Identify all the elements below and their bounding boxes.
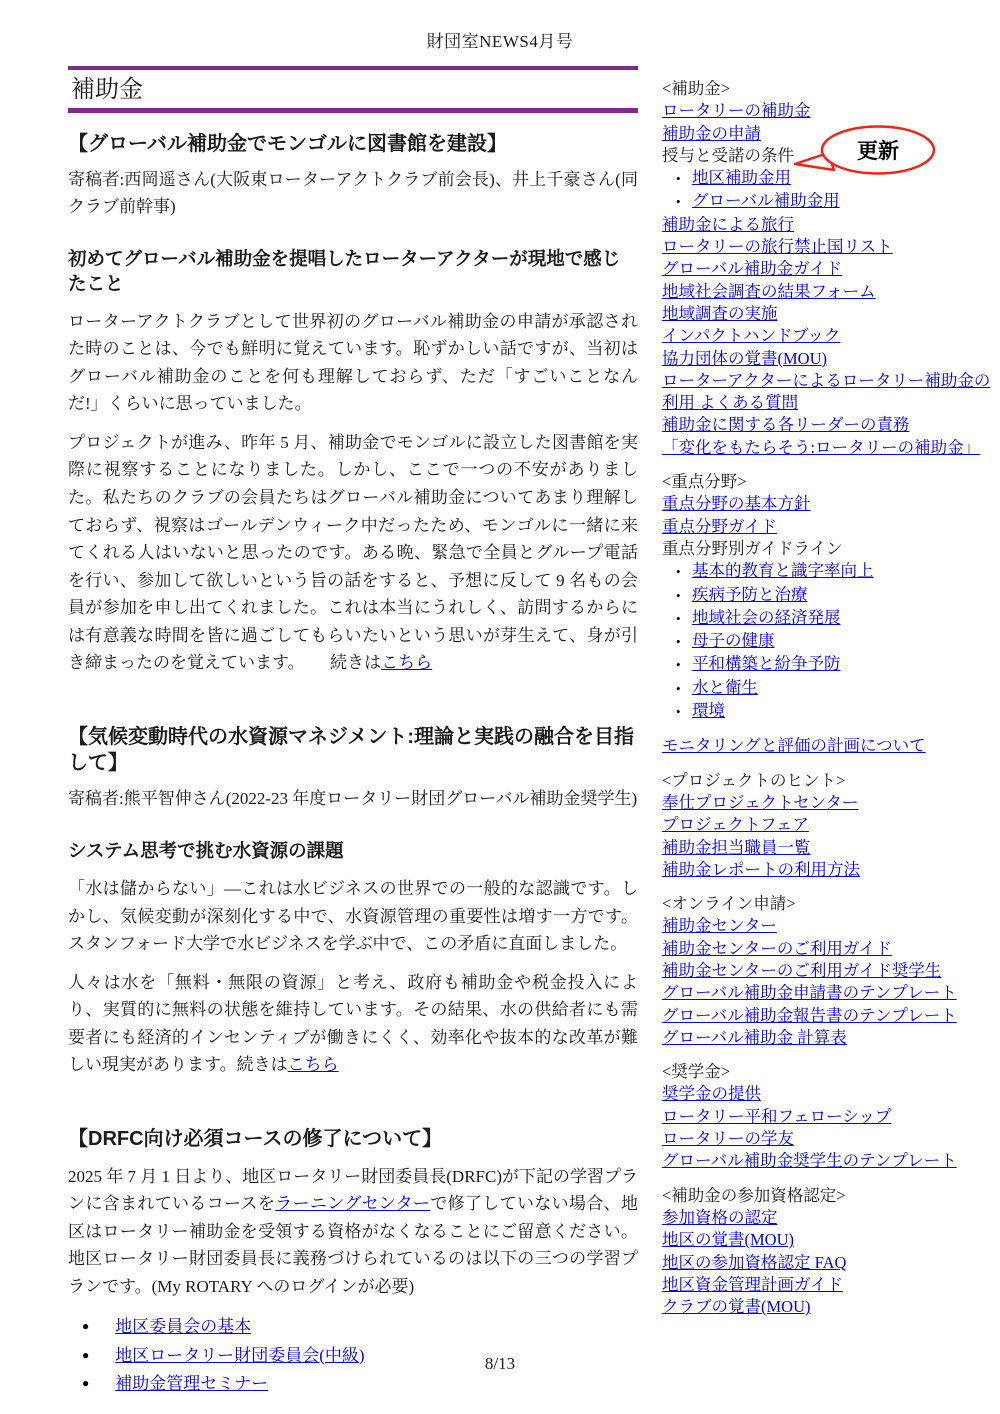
sidebar-link[interactable]: ロータリー平和フェローシップ xyxy=(662,1107,892,1126)
article-subheading: 初めてグローバル補助金を提唱したローターアクターが現地で感じたこと xyxy=(68,247,638,297)
sidebar-row: 補助金による旅行 xyxy=(662,214,994,236)
sidebar-row: <補助金の参加資格認定> xyxy=(662,1185,994,1207)
sidebar-link[interactable]: 地区補助金用 xyxy=(692,168,791,187)
continue-reading-link[interactable]: こちら xyxy=(381,653,432,672)
sidebar-link[interactable]: グローバル補助金報告書のテンプレート xyxy=(662,1006,957,1025)
newsletter-page: 財団室NEWS4月号 補助金 【グローバル補助金でモンゴルに図書館を建設】 寄稿… xyxy=(0,0,1000,1414)
sidebar-link[interactable]: 奨学金の提供 xyxy=(662,1084,761,1103)
sidebar-row: ロータリーの補助金 xyxy=(662,100,994,122)
article-paragraph: 人々は水を「無料・無限の資源」と考え、政府も補助金や税金投入により、実質的に無料… xyxy=(68,969,638,1079)
sidebar-row: •グローバル補助金用 xyxy=(662,190,994,213)
sidebar-row: 「変化をもたらそう:ロータリーの補助金」 xyxy=(662,437,994,459)
sidebar-row: 地域調査の実施 xyxy=(662,303,994,325)
sidebar-section-header: <プロジェクトのヒント> xyxy=(662,771,845,790)
sidebar-link[interactable]: ローターアクターによるロータリー補助金の利用 よくある質問 xyxy=(662,371,990,412)
sidebar-link[interactable]: 補助金センターのご利用ガイド xyxy=(662,939,892,958)
article-water-resources: 【気候変動時代の水資源マネジメント:理論と実践の融合を目指して】 寄稿者:熊平智… xyxy=(68,724,638,1079)
sidebar-link[interactable]: 地区の参加資格認定 FAQ xyxy=(662,1253,846,1272)
sidebar-link[interactable]: 補助金による旅行 xyxy=(662,215,794,234)
sidebar-row: 重点分野別ガイドライン xyxy=(662,538,994,560)
sidebar-text: 授与と受諾の条件 xyxy=(662,146,794,165)
sidebar-link[interactable]: 補助金担当職員一覧 xyxy=(662,838,811,857)
bullet-icon: ● xyxy=(82,1374,89,1393)
sidebar-row: 参加資格の認定 xyxy=(662,1207,994,1229)
sidebar-link[interactable]: クラブの覚書(MOU) xyxy=(662,1297,811,1316)
sidebar-link[interactable]: 疾病予防と治療 xyxy=(692,585,808,604)
sidebar-link[interactable]: 補助金に関する各リーダーの責務 xyxy=(662,415,910,434)
bullet-icon: • xyxy=(676,168,686,190)
sidebar-link[interactable]: 補助金レポートの利用方法 xyxy=(662,860,860,879)
sidebar-row: <重点分野> xyxy=(662,471,994,493)
sidebar-link[interactable]: 母子の健康 xyxy=(692,631,775,650)
sidebar-row: モニタリングと評価の計画について xyxy=(662,735,994,757)
sidebar-row: 重点分野ガイド xyxy=(662,516,994,538)
sidebar-link[interactable]: グローバル補助金 計算表 xyxy=(662,1028,847,1047)
sidebar-link[interactable]: グローバル補助金申請書のテンプレート xyxy=(662,983,957,1002)
sidebar-row: 重点分野の基本方針 xyxy=(662,493,994,515)
sidebar-link[interactable]: 重点分野の基本方針 xyxy=(662,494,811,513)
sidebar-text: 重点分野別ガイドライン xyxy=(662,539,843,558)
sidebar-row: 補助金の申請 xyxy=(662,123,994,145)
sidebar-row: グローバル補助金報告書のテンプレート xyxy=(662,1005,994,1027)
sidebar-row: •地区補助金用 xyxy=(662,167,994,190)
sidebar-link[interactable]: ロータリーの学友 xyxy=(662,1129,794,1148)
sidebar-link[interactable]: 地区の覚書(MOU) xyxy=(662,1230,794,1249)
sidebar-link[interactable]: 重点分野ガイド xyxy=(662,517,777,536)
sidebar-row: •水と衛生 xyxy=(662,677,994,700)
sidebar-link[interactable]: 水と衛生 xyxy=(692,678,758,697)
article-paragraph: 2025 年 7 月 1 日より、地区ロータリー財団委員長(DRFC)が下記の学… xyxy=(68,1163,638,1301)
sidebar-row: ローターアクターによるロータリー補助金の利用 よくある質問 xyxy=(662,370,994,415)
course-list-item: ● 補助金管理セミナー xyxy=(68,1371,638,1397)
section-title-rule xyxy=(68,108,638,113)
sidebar-row: グローバル補助金申請書のテンプレート xyxy=(662,982,994,1004)
sidebar-link[interactable]: 「変化をもたらそう:ロータリーの補助金」 xyxy=(662,438,980,457)
main-column: 補助金 【グローバル補助金でモンゴルに図書館を建設】 寄稿者:西岡遥さん(大阪東… xyxy=(68,66,638,1397)
course-link[interactable]: 地区委員会の基本 xyxy=(115,1314,251,1340)
bullet-icon: • xyxy=(676,585,686,607)
sidebar-link[interactable]: グローバル補助金用 xyxy=(692,191,840,210)
sidebar-link[interactable]: 基本的教育と識字率向上 xyxy=(692,561,874,580)
article-subheading: システム思考で挑む水資源の課題 xyxy=(68,839,638,864)
bullet-icon: • xyxy=(676,191,686,213)
continue-prefix: 続きは xyxy=(237,1055,288,1074)
article-global-grant-mongolia: 【グローバル補助金でモンゴルに図書館を建設】 寄稿者:西岡遥さん(大阪東ローター… xyxy=(68,131,638,677)
sidebar-row: •環境 xyxy=(662,700,994,723)
sidebar-link[interactable]: 補助金センター xyxy=(662,916,777,935)
sidebar-row: 地区資金管理計画ガイド xyxy=(662,1274,994,1296)
bullet-icon: • xyxy=(676,701,686,723)
sidebar-row: 補助金担当職員一覧 xyxy=(662,837,994,859)
sidebar-row: •基本的教育と識字率向上 xyxy=(662,560,994,583)
sidebar-link[interactable]: ロータリーの旅行禁止国リスト xyxy=(662,237,893,256)
sidebar-row: 地域社会調査の結果フォーム xyxy=(662,281,994,303)
sidebar-row: •平和構築と紛争予防 xyxy=(662,653,994,676)
sidebar-row: 地区の覚書(MOU) xyxy=(662,1229,994,1251)
section-title: 補助金 xyxy=(68,66,638,108)
sidebar-row: クラブの覚書(MOU) xyxy=(662,1296,994,1318)
sidebar-link[interactable]: 環境 xyxy=(692,701,725,720)
sidebar-row: 補助金に関する各リーダーの責務 xyxy=(662,414,994,436)
article-byline: 寄稿者:西岡遥さん(大阪東ローターアクトクラブ前会長)、井上千豪さん(同クラブ前… xyxy=(68,167,638,220)
sidebar-link[interactable]: グローバル補助金ガイド xyxy=(662,259,842,278)
learning-center-link[interactable]: ラーニングセンター xyxy=(275,1194,430,1213)
sidebar-link[interactable]: 補助金センターのご利用ガイド奨学生 xyxy=(662,961,941,980)
sidebar-section-header: <重点分野> xyxy=(662,472,747,491)
sidebar-link[interactable]: 地域社会調査の結果フォーム xyxy=(662,282,876,301)
page-number: 8/13 xyxy=(0,1354,1000,1374)
sidebar-link[interactable]: 平和構築と紛争予防 xyxy=(692,654,841,673)
article-title: 【DRFC向け必須コースの修了について】 xyxy=(68,1126,638,1152)
bullet-icon: • xyxy=(676,678,686,700)
article-byline: 寄稿者:熊平智伸さん(2022-23 年度ロータリー財団グローバル補助金奨学生) xyxy=(68,786,638,812)
article-title: 【気候変動時代の水資源マネジメント:理論と実践の融合を目指して】 xyxy=(68,724,638,776)
sidebar-link[interactable]: 地域調査の実施 xyxy=(662,304,778,323)
course-list-item: ● 地区委員会の基本 xyxy=(68,1314,638,1340)
sidebar-link[interactable]: モニタリングと評価の計画について xyxy=(662,736,926,755)
bullet-icon: • xyxy=(676,561,686,583)
sidebar-section-header: <オンライン申請> xyxy=(662,894,796,913)
sidebar-row: インパクトハンドブック xyxy=(662,325,994,347)
sidebar-link[interactable]: 参加資格の認定 xyxy=(662,1208,778,1227)
course-link[interactable]: 補助金管理セミナー xyxy=(115,1371,268,1397)
sidebar-section-header: <補助金> xyxy=(662,79,730,98)
sidebar-link[interactable]: 補助金の申請 xyxy=(662,124,761,143)
bullet-icon: • xyxy=(676,654,686,676)
bullet-icon: • xyxy=(676,608,686,630)
paragraph-text: 人々は水を「無料・無限の資源」と考え、政府も補助金や税金投入により、実質的に無料… xyxy=(68,973,638,1075)
sidebar-row: ロータリーの学友 xyxy=(662,1128,994,1150)
sidebar-row: ロータリー平和フェローシップ xyxy=(662,1106,994,1128)
bullet-icon: • xyxy=(676,631,686,653)
sidebar-row: 補助金センター xyxy=(662,915,994,937)
sidebar-link[interactable]: プロジェクトフェア xyxy=(662,815,809,834)
sidebar-link[interactable]: ロータリーの補助金 xyxy=(662,101,811,120)
article-title: 【グローバル補助金でモンゴルに図書館を建設】 xyxy=(68,131,638,157)
sidebar-row: 授与と受諾の条件 xyxy=(662,145,994,167)
continue-prefix: 続きは xyxy=(330,653,381,672)
sidebar-row: •疾病予防と治療 xyxy=(662,584,994,607)
document-header-title: 財団室NEWS4月号 xyxy=(0,27,1000,52)
sidebar-link[interactable]: インパクトハンドブック xyxy=(662,326,840,345)
sidebar-row: 地区の参加資格認定 FAQ xyxy=(662,1252,994,1274)
article-paragraph: プロジェクトが進み、昨年 5 月、補助金でモンゴルに設立した図書館を実際に視察す… xyxy=(68,429,638,677)
sidebar-row: •地域社会の経済発展 xyxy=(662,607,994,630)
article-paragraph: 「水は儲からない」―これは水ビジネスの世界での一般的な認識です。しかし、気候変動… xyxy=(68,875,638,958)
sidebar-row: グローバル補助金ガイド xyxy=(662,258,994,280)
bullet-icon: ● xyxy=(82,1317,89,1336)
paragraph-text: プロジェクトが進み、昨年 5 月、補助金でモンゴルに設立した図書館を実際に視察す… xyxy=(68,433,638,672)
sidebar-link[interactable]: 奉仕プロジェクトセンター xyxy=(662,793,859,812)
sidebar-link[interactable]: 地域社会の経済発展 xyxy=(692,608,841,627)
sidebar-row: <オンライン申請> xyxy=(662,893,994,915)
sidebar-row: <補助金> xyxy=(662,78,994,100)
article-paragraph: ローターアクトクラブとして世界初のグローバル補助金の申請が承認された時のことは、… xyxy=(68,308,638,418)
sidebar-row: グローバル補助金 計算表 xyxy=(662,1027,994,1049)
sidebar-section-header: <補助金の参加資格認定> xyxy=(662,1186,846,1205)
sidebar-links: <補助金>ロータリーの補助金補助金の申請授与と受諾の条件•地区補助金用•グローバ… xyxy=(662,78,994,1318)
sidebar-section-header: <奨学金> xyxy=(662,1062,730,1081)
sidebar-row: プロジェクトフェア xyxy=(662,814,994,836)
sidebar-row: <プロジェクトのヒント> xyxy=(662,770,994,792)
sidebar-row: •母子の健康 xyxy=(662,630,994,653)
sidebar-row: <奨学金> xyxy=(662,1061,994,1083)
sidebar-link[interactable]: 協力団体の覚書(MOU) xyxy=(662,349,827,368)
sidebar-link[interactable]: グローバル補助金奨学生のテンプレート xyxy=(662,1151,957,1170)
sidebar-row: 補助金レポートの利用方法 xyxy=(662,859,994,881)
sidebar-row: 補助金センターのご利用ガイド xyxy=(662,938,994,960)
sidebar-row: 協力団体の覚書(MOU) xyxy=(662,348,994,370)
sidebar-rows: <補助金>ロータリーの補助金補助金の申請授与と受諾の条件•地区補助金用•グローバ… xyxy=(662,78,994,1318)
sidebar-row: 奨学金の提供 xyxy=(662,1083,994,1105)
sidebar-row: ロータリーの旅行禁止国リスト xyxy=(662,236,994,258)
continue-reading-link[interactable]: こちら xyxy=(288,1055,339,1074)
sidebar-link[interactable]: 地区資金管理計画ガイド xyxy=(662,1275,843,1294)
sidebar-row: 補助金センターのご利用ガイド奨学生 xyxy=(662,960,994,982)
sidebar-row: グローバル補助金奨学生のテンプレート xyxy=(662,1150,994,1172)
sidebar-row: 奉仕プロジェクトセンター xyxy=(662,792,994,814)
